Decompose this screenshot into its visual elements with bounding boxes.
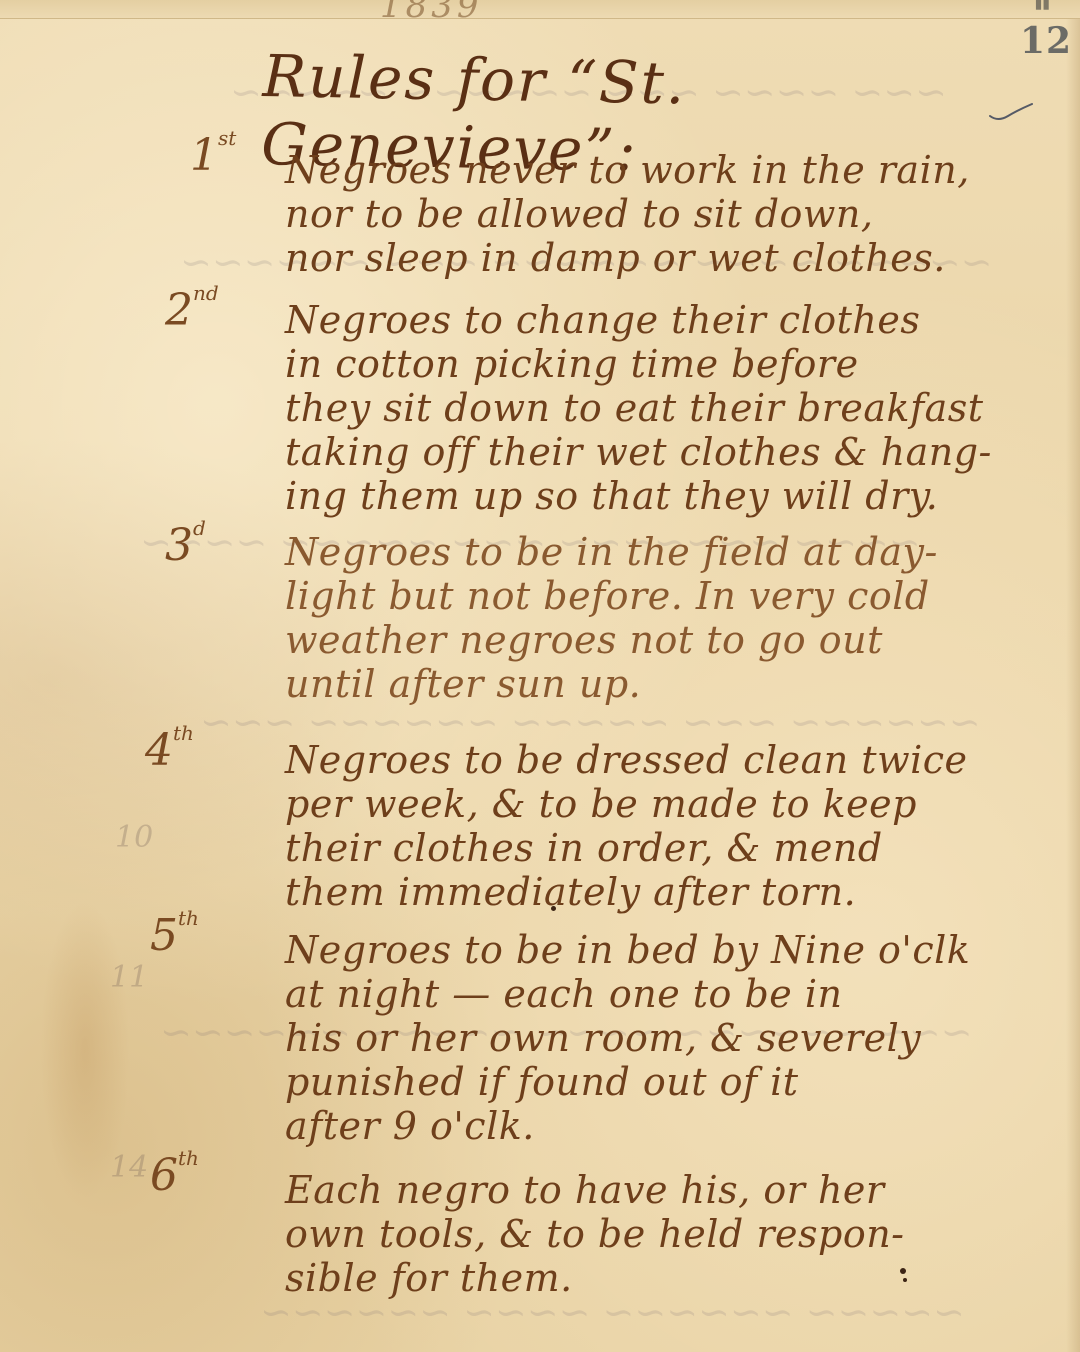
- rule-line: Negroes never to work in the rain,: [285, 148, 975, 192]
- ink-spot: [551, 906, 556, 911]
- rule-3-text: Negroes to be in the field at day- light…: [285, 530, 975, 706]
- header-fragment-right: ▮▮: [1035, 0, 1050, 12]
- rule-number-5: 5th: [150, 910, 199, 961]
- rule-line: taking off their wet clothes & hang-: [285, 430, 975, 474]
- rule-line: Negroes to change their clothes: [285, 298, 975, 342]
- rule-line: they sit down to eat their breakfast: [285, 386, 975, 430]
- rule-line: his or her own room, & severely: [285, 1016, 975, 1060]
- rule-number-6: 6th: [150, 1150, 199, 1201]
- rule-4-text: Negroes to be dressed clean twice per we…: [285, 738, 975, 914]
- rule-line: in cotton picking time before: [285, 342, 975, 386]
- rule-line: Negroes to be dressed clean twice: [285, 738, 975, 782]
- rule-line: punished if found out of it: [285, 1060, 975, 1104]
- page-edge: [1066, 0, 1080, 1352]
- rule-line: them immediately after torn.: [285, 870, 975, 914]
- rule-2-text: Negroes to change their clothes in cotto…: [285, 298, 975, 518]
- ink-spot: [900, 1268, 906, 1274]
- rule-5-text: Negroes to be in bed by Nine o'clk at ni…: [285, 928, 975, 1148]
- ink-spot: [903, 1278, 907, 1282]
- rule-line: nor sleep in damp or wet clothes.: [285, 236, 975, 280]
- rule-line: light but not before. In very cold: [285, 574, 975, 618]
- rule-line: until after sun up.: [285, 662, 975, 706]
- rule-line: sible for them.: [285, 1256, 975, 1300]
- rule-number-3: 3d: [165, 520, 206, 571]
- rule-line: per week, & to be made to keep: [285, 782, 975, 826]
- rule-number-1: 1st: [190, 130, 236, 181]
- rule-line: weather negroes not to go out: [285, 618, 975, 662]
- rule-number-2: 2nd: [165, 285, 219, 336]
- rule-1-text: Negroes never to work in the rain, nor t…: [285, 148, 975, 280]
- margin-note: 11: [110, 960, 148, 995]
- rule-line: their clothes in order, & mend: [285, 826, 975, 870]
- rule-6-text: Each negro to have his, or her own tools…: [285, 1168, 975, 1300]
- rule-line: Each negro to have his, or her: [285, 1168, 975, 1212]
- rule-line: at night — each one to be in: [285, 972, 975, 1016]
- rule-line: ing them up so that they will dry.: [285, 474, 975, 518]
- rule-number-4: 4th: [145, 725, 194, 776]
- rule-line: after 9 o'clk.: [285, 1104, 975, 1148]
- top-page-strip: 1839 ▮▮: [0, 0, 1080, 19]
- rule-line: Negroes to be in bed by Nine o'clk: [285, 928, 975, 972]
- header-date-fragment: 1839: [380, 0, 483, 26]
- rule-line: nor to be allowed to sit down,: [285, 192, 975, 236]
- rule-line: own tools, & to be held respon-: [285, 1212, 975, 1256]
- margin-note: 14: [110, 1150, 148, 1185]
- rule-line: Negroes to be in the field at day-: [285, 530, 975, 574]
- margin-note: 10: [115, 820, 153, 855]
